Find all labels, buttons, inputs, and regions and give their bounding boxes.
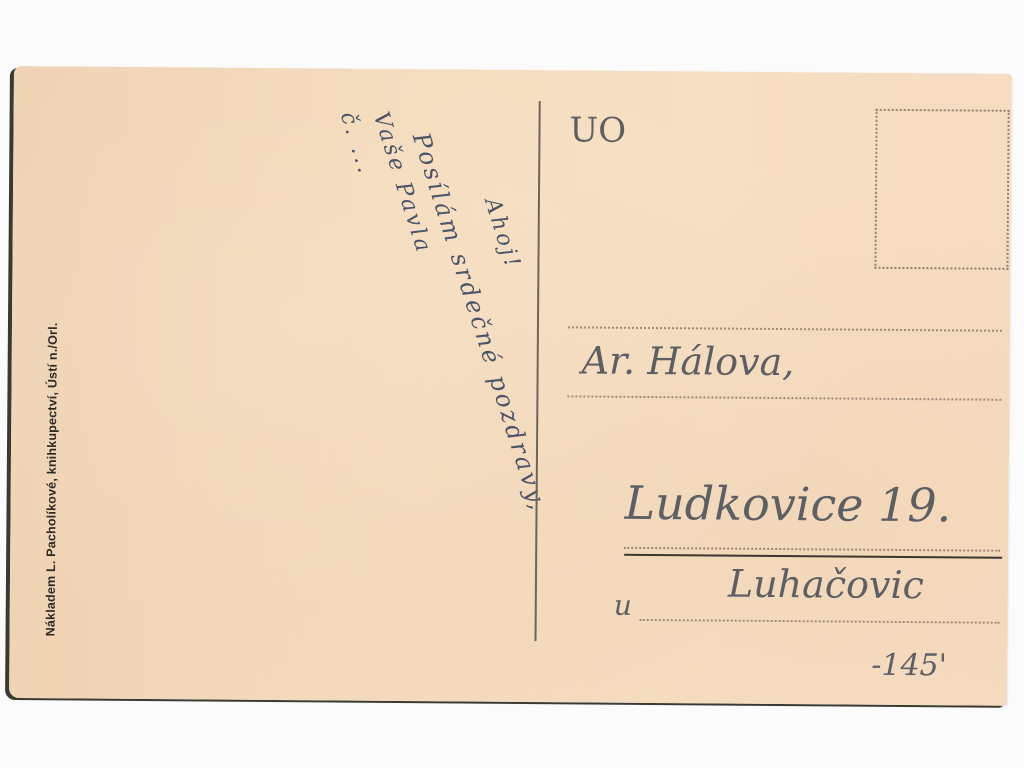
address-line-4-rule: [640, 619, 1000, 624]
stamp-box: [874, 109, 1009, 270]
address-line-2-rule: [567, 395, 1001, 400]
address-line-3: Luhačovic: [728, 562, 924, 608]
card-divider: [534, 101, 540, 641]
address-underline: [624, 554, 1002, 559]
postcard-back: Nákladem L. Pacholíkové, knihkupectví, Ú…: [9, 66, 1012, 706]
address-line-3-prefix: u: [614, 589, 632, 622]
address-line-1: Ar. Hálova,: [582, 338, 795, 384]
address-line-2: Ludkovice 19.: [624, 476, 951, 533]
message-line-1: Ahoj!: [479, 195, 525, 273]
address-line-1-rule: [568, 326, 1002, 331]
message-line-2: Posílám srdečné pozdravy,: [407, 129, 553, 515]
catalog-mark: UO: [569, 110, 626, 150]
publisher-imprint: Nákladem L. Pacholíkové, knihkupectví, Ú…: [44, 322, 60, 636]
price-note: -145': [871, 648, 947, 684]
address-line-3-rule: [624, 547, 1000, 552]
